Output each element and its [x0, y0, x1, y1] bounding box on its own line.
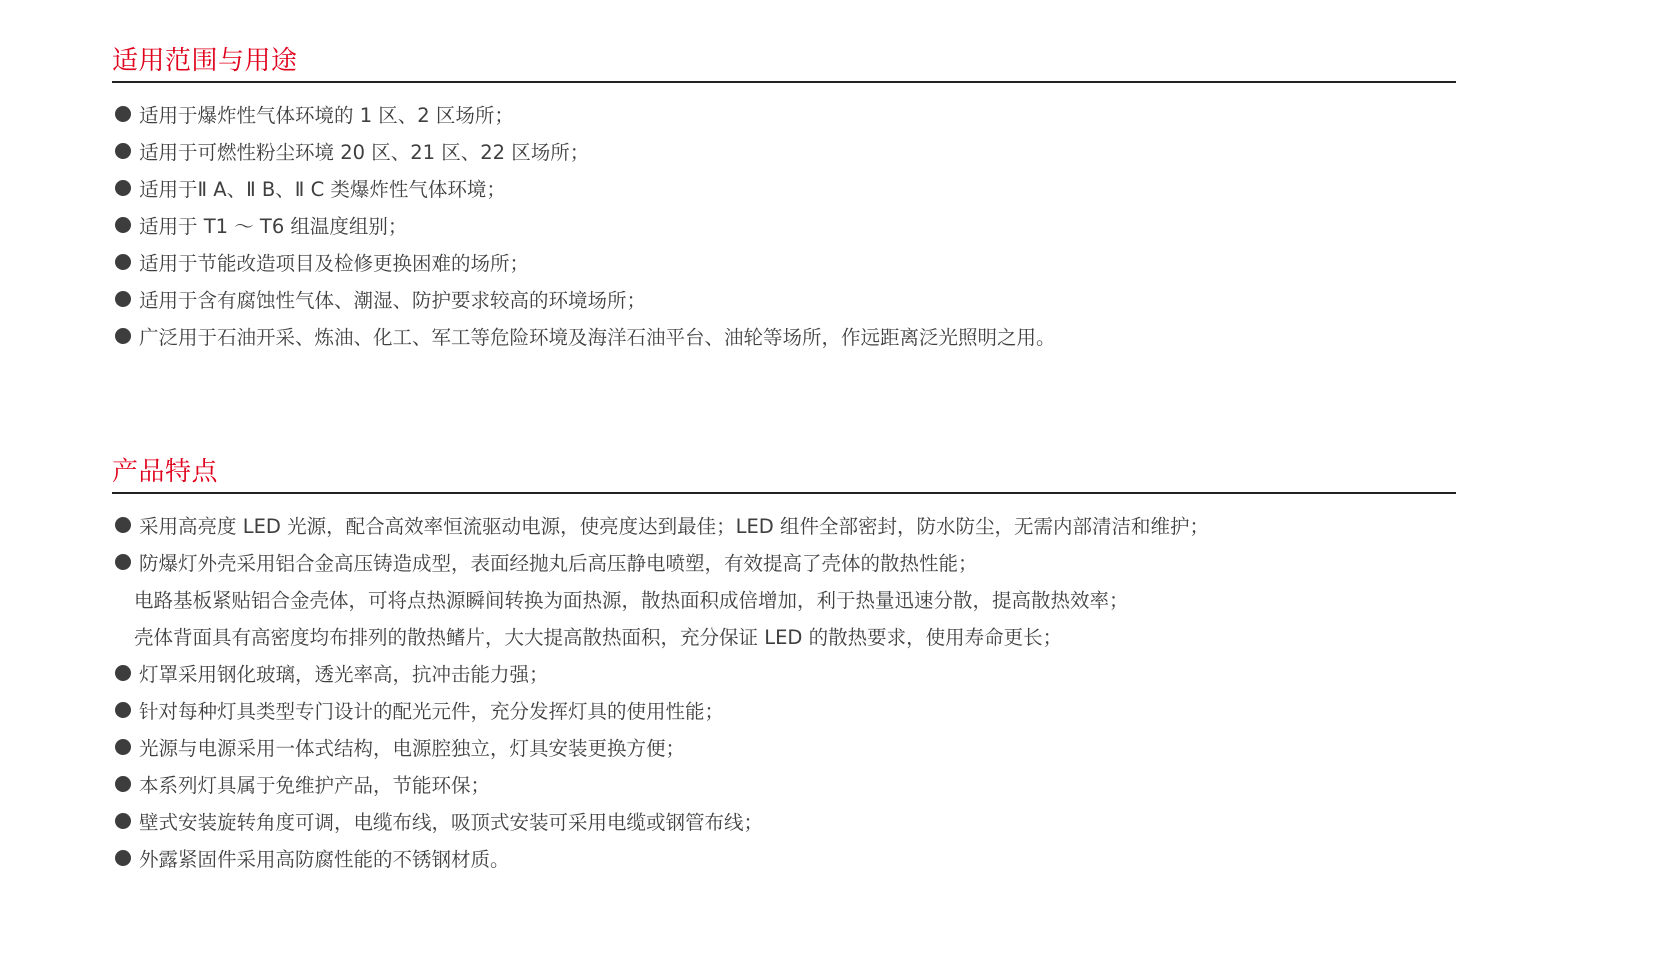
bullet-icon: [115, 254, 131, 270]
section-application-scope: 适用范围与用途 适用于爆炸性气体环境的 1 区、2 区场所； 适用于可燃性粉尘环…: [112, 44, 1456, 354]
list-item-text: 适用于Ⅱ A、Ⅱ B、Ⅱ C 类爆炸性气体环境；: [139, 174, 506, 202]
list-item-text: 适用于爆炸性气体环境的 1 区、2 区场所；: [139, 100, 514, 128]
list-item-text: 适用于 T1 ～ T6 组温度组别；: [139, 211, 407, 239]
list-item-text: 光源与电源采用一体式结构，电源腔独立，灯具安装更换方便；: [139, 733, 685, 761]
bullet-icon: [115, 106, 131, 122]
bullet-icon: [115, 180, 131, 196]
list-item-text: 适用于含有腐蚀性气体、潮湿、防护要求较高的环境场所；: [139, 285, 646, 313]
bullet-icon: [115, 739, 131, 755]
section-title: 产品特点: [112, 455, 1456, 489]
list-item: 灯罩采用钢化玻璃，透光率高，抗冲击能力强；: [112, 654, 1456, 691]
list-item-text: 适用于可燃性粉尘环境 20 区、21 区、22 区场所；: [139, 137, 589, 165]
list-item: 本系列灯具属于免维护产品，节能环保；: [112, 765, 1456, 802]
list-item: 适用于可燃性粉尘环境 20 区、21 区、22 区场所；: [112, 132, 1456, 169]
list-item: 适用于 T1 ～ T6 组温度组别；: [112, 206, 1456, 243]
bullet-icon: [115, 517, 131, 533]
bullet-icon: [115, 776, 131, 792]
list-item-text: 壳体背面具有高密度均布排列的散热鳍片，大大提高散热面积，充分保证 LED 的散热…: [134, 622, 1062, 650]
list-item: 外露紧固件采用高防腐性能的不锈钢材质。: [112, 839, 1456, 876]
list-item: 广泛用于石油开采、炼油、化工、军工等危险环境及海洋石油平台、油轮等场所，作远距离…: [112, 317, 1456, 354]
section-divider: [112, 492, 1456, 494]
list-item: 适用于节能改造项目及检修更换困难的场所；: [112, 243, 1456, 280]
bullet-icon: [115, 702, 131, 718]
list-item-text: 采用高亮度 LED 光源，配合高效率恒流驱动电源，使亮度达到最佳；LED 组件全…: [139, 511, 1209, 539]
application-list: 适用于爆炸性气体环境的 1 区、2 区场所； 适用于可燃性粉尘环境 20 区、2…: [112, 95, 1456, 354]
bullet-icon: [115, 291, 131, 307]
list-item-text: 适用于节能改造项目及检修更换困难的场所；: [139, 248, 529, 276]
list-item: 适用于爆炸性气体环境的 1 区、2 区场所；: [112, 95, 1456, 132]
bullet-icon: [115, 850, 131, 866]
bullet-icon: [115, 328, 131, 344]
list-item-text: 防爆灯外壳采用铝合金高压铸造成型，表面经抛丸后高压静电喷塑，有效提高了壳体的散热…: [139, 548, 978, 576]
bullet-icon: [115, 813, 131, 829]
list-item-text: 本系列灯具属于免维护产品，节能环保；: [139, 770, 490, 798]
bullet-icon: [115, 665, 131, 681]
section-title: 适用范围与用途: [112, 44, 1456, 78]
bullet-icon: [115, 217, 131, 233]
section-divider: [112, 81, 1456, 83]
features-list: 采用高亮度 LED 光源，配合高效率恒流驱动电源，使亮度达到最佳；LED 组件全…: [112, 506, 1456, 876]
list-item: 防爆灯外壳采用铝合金高压铸造成型，表面经抛丸后高压静电喷塑，有效提高了壳体的散热…: [112, 543, 1456, 580]
list-item: 采用高亮度 LED 光源，配合高效率恒流驱动电源，使亮度达到最佳；LED 组件全…: [112, 506, 1456, 543]
list-item: 适用于Ⅱ A、Ⅱ B、Ⅱ C 类爆炸性气体环境；: [112, 169, 1456, 206]
bullet-icon: [115, 554, 131, 570]
list-item-text: 电路基板紧贴铝合金壳体，可将点热源瞬间转换为面热源，散热面积成倍增加，利于热量迅…: [134, 585, 1129, 613]
list-item-text: 外露紧固件采用高防腐性能的不锈钢材质。: [139, 844, 510, 872]
list-item: 适用于含有腐蚀性气体、潮湿、防护要求较高的环境场所；: [112, 280, 1456, 317]
list-item-text: 针对每种灯具类型专门设计的配光元件，充分发挥灯具的使用性能；: [139, 696, 724, 724]
section-product-features: 产品特点 采用高亮度 LED 光源，配合高效率恒流驱动电源，使亮度达到最佳；LE…: [112, 455, 1456, 876]
list-item-text: 广泛用于石油开采、炼油、化工、军工等危险环境及海洋石油平台、油轮等场所，作远距离…: [139, 322, 1056, 350]
list-item-text: 壁式安装旋转角度可调，电缆布线，吸顶式安装可采用电缆或钢管布线；: [139, 807, 763, 835]
list-item-text: 灯罩采用钢化玻璃，透光率高，抗冲击能力强；: [139, 659, 549, 687]
list-item-continuation: 电路基板紧贴铝合金壳体，可将点热源瞬间转换为面热源，散热面积成倍增加，利于热量迅…: [112, 580, 1456, 617]
list-item: 壁式安装旋转角度可调，电缆布线，吸顶式安装可采用电缆或钢管布线；: [112, 802, 1456, 839]
list-item: 光源与电源采用一体式结构，电源腔独立，灯具安装更换方便；: [112, 728, 1456, 765]
list-item-continuation: 壳体背面具有高密度均布排列的散热鳍片，大大提高散热面积，充分保证 LED 的散热…: [112, 617, 1456, 654]
list-item: 针对每种灯具类型专门设计的配光元件，充分发挥灯具的使用性能；: [112, 691, 1456, 728]
bullet-icon: [115, 143, 131, 159]
